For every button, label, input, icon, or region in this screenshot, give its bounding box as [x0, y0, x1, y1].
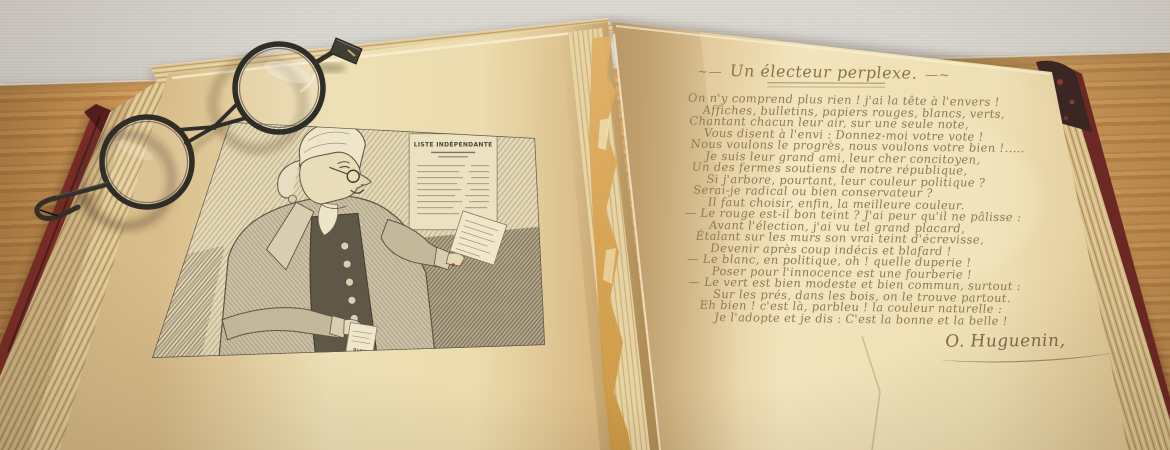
- left-lens-glass: [105, 120, 189, 204]
- antique-spectacles: [0, 0, 1170, 450]
- bridge-knot: [211, 124, 217, 130]
- right-temple-paddle: [330, 38, 362, 64]
- right-lens-glass: [238, 47, 320, 129]
- photo-open-book-scene: LISTE INDÉPENDANTE: [0, 0, 1170, 450]
